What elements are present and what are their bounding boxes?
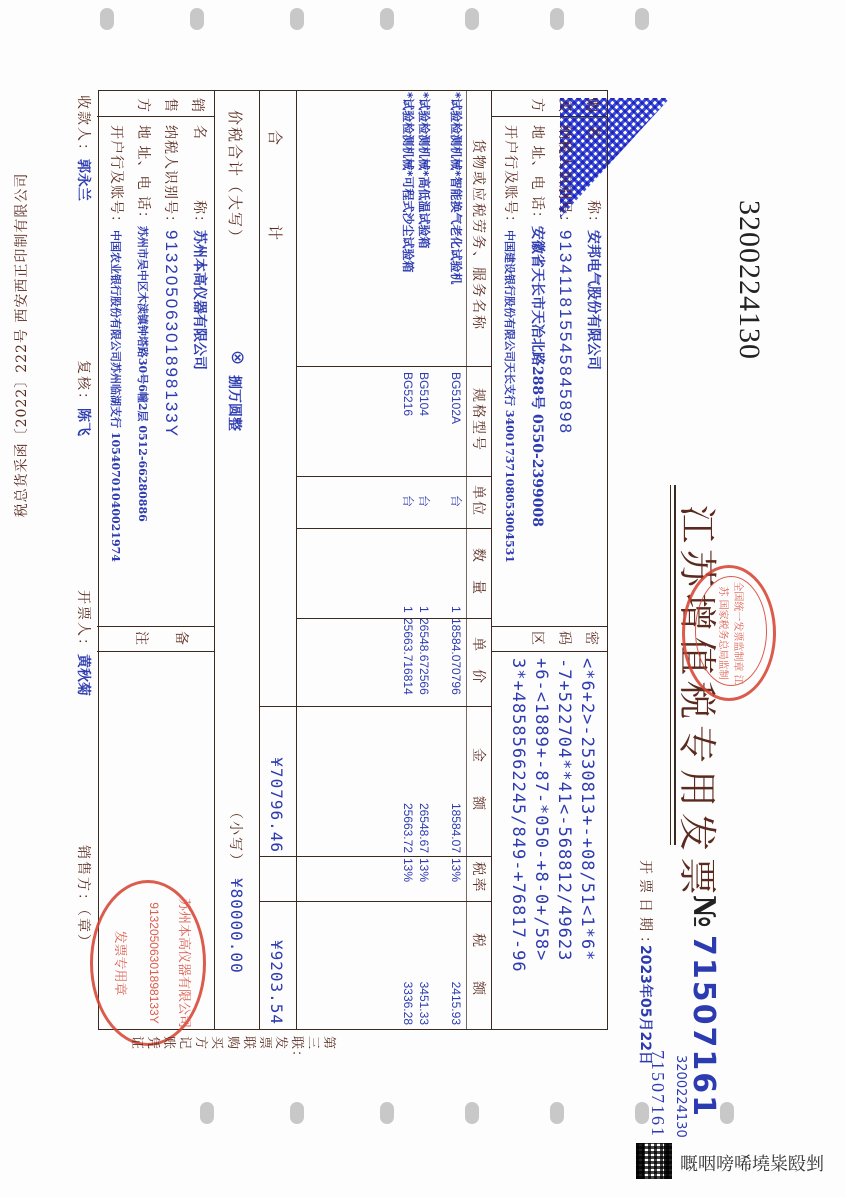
header-qty: 数 量 (469, 527, 489, 617)
watermark-qr-code (636, 1143, 672, 1179)
item-tax: 3336.28 (400, 900, 416, 1025)
item-name: *试验检测机械*智能换气老化试验机 (448, 92, 464, 367)
header-spec: 规格型号 (469, 365, 489, 475)
header-tax: 税 额 (469, 900, 489, 1030)
item-qty: 1 (400, 606, 416, 613)
cipher-area: <*6+2>-2530813+-+08/51<1*6* -7+522704**4… (506, 658, 598, 973)
title-underline (670, 485, 671, 845)
cipher-side-label: 密码区 (523, 628, 604, 648)
invoice-code: 3200224130 (732, 200, 766, 360)
item-price: 25663.716814 (400, 618, 416, 703)
cancel-symbol-icon: ⊗ (227, 350, 248, 365)
buyer-info: 名 称：安邦电气股份有限公司 纳税人识别号：913411815545845898… (496, 125, 606, 630)
item-tax-rate: 13% (448, 858, 464, 882)
grand-total-figures: ¥80000.00 (227, 878, 246, 974)
table-row: *试验检测机械*可程式沙尘试验箱 (400, 92, 416, 367)
item-price: 18584.070796 (448, 618, 464, 703)
grand-total-words: 捌万圆整 (225, 375, 245, 431)
invoice-number: 71507161 (686, 935, 721, 1118)
total-tax: ¥9203.54 (267, 900, 286, 1025)
reviewer: 复核：陈飞 (74, 360, 94, 436)
grand-total-small-label: （小写） (226, 805, 246, 869)
table-row: *试验检测机械*高低温试验箱 (416, 92, 432, 367)
item-tax-rate: 13% (416, 858, 432, 882)
watermark-text: 嘅咽嗙唏墝粊殹剉 (680, 1150, 824, 1176)
total-amount: ¥70796.46 (267, 705, 286, 853)
item-tax: 3451.33 (416, 900, 432, 1025)
header-amount: 金 额 (469, 705, 489, 855)
invoice-title: 江苏增值税专用发票 (673, 505, 728, 901)
buyer-tax-id: 913411815545845898 (556, 230, 575, 435)
item-spec: BG5216 (400, 372, 416, 416)
seller-info: 名 称：苏州本高仪器有限公司 纳税人识别号：91320506301898133Y… (102, 125, 212, 635)
drawer: 开票人：黄秋菊 (74, 590, 94, 696)
seller-tax-id: 91320506301898133Y (162, 230, 181, 438)
header-item-name: 货物或应税劳务、服务名称 (469, 110, 489, 360)
item-amount: 18584.07 (448, 705, 464, 853)
printer-line: 税总货采函〔2022〕222号 西安西正印制有限公司 (11, 90, 31, 600)
issue-date-label: 开票日期： (636, 860, 656, 955)
item-name: *试验检测机械*高低温试验箱 (416, 92, 432, 367)
number-symbol: № (686, 895, 721, 928)
header-tax-rate: 税率 (469, 855, 489, 900)
item-unit: 台 (416, 495, 432, 507)
seller-name: 苏州本高仪器有限公司 (191, 230, 207, 370)
buyer-name: 安邦电气股份有限公司 (585, 230, 601, 370)
tax-bureau-stamp: 全国统一发票监制章 江苏 国家税务总局监制 (682, 565, 776, 701)
issue-date: 2023年05月22日 (636, 945, 656, 1065)
item-tax: 2415.93 (448, 900, 464, 1025)
item-name: *试验检测机械*可程式沙尘试验箱 (400, 92, 416, 367)
copy-label: 第三联：发票联 购买方记账凭证 (128, 1036, 336, 1052)
header-unit: 单位 (469, 475, 489, 527)
item-price: 26548.672566 (416, 618, 432, 703)
item-spec: BG5102A (448, 372, 464, 424)
remarks-label: 备注 (121, 628, 201, 648)
item-spec: BG5104 (416, 372, 432, 416)
vat-invoice: 3200224130 江苏增值税专用发票 全国统一发票监制章 江苏 国家税务总局… (0, 0, 846, 1197)
seller-address: 苏州市吴中区木渎镇钟塔路30号6幢2层 0512-66280886 (136, 226, 149, 522)
item-unit: 台 (400, 495, 416, 507)
buyer-address: 安徽省天长市天冶北路288号 0550-2399008 (529, 226, 545, 527)
item-amount: 26548.67 (416, 705, 432, 853)
seller-bank: 中国农业银行股份有限公司苏州临湖支行 10540701040021974 (109, 230, 122, 562)
table-row: *试验检测机械*智能换气老化试验机 (448, 92, 464, 367)
seller-seal-label: 销售方：（章） (74, 845, 94, 950)
buyer-bank: 中国建设银行股份有限公司天长支行 34001737108053004531 (503, 230, 516, 563)
grand-total-label: 价税合计（大写） (225, 110, 246, 246)
title-underline (674, 485, 676, 845)
item-tax-rate: 13% (400, 858, 416, 882)
invoice-code-small: 3200224130 (673, 1055, 688, 1138)
total-label: 合 计 (265, 130, 286, 244)
item-qty: 1 (448, 606, 464, 613)
item-qty: 1 (416, 606, 432, 613)
item-unit: 台 (448, 495, 464, 507)
seller-side-label: 销售方 (129, 95, 210, 115)
seller-invoice-stamp: 苏州本高仪器有限公司 91320506301898133Y 发票专用章 (90, 880, 206, 1046)
header-price: 单 价 (469, 617, 489, 705)
item-amount: 25663.72 (400, 705, 416, 853)
payee: 收款人：郭永兰 (74, 95, 94, 201)
buyer-side-label: 购买方 (523, 95, 604, 115)
